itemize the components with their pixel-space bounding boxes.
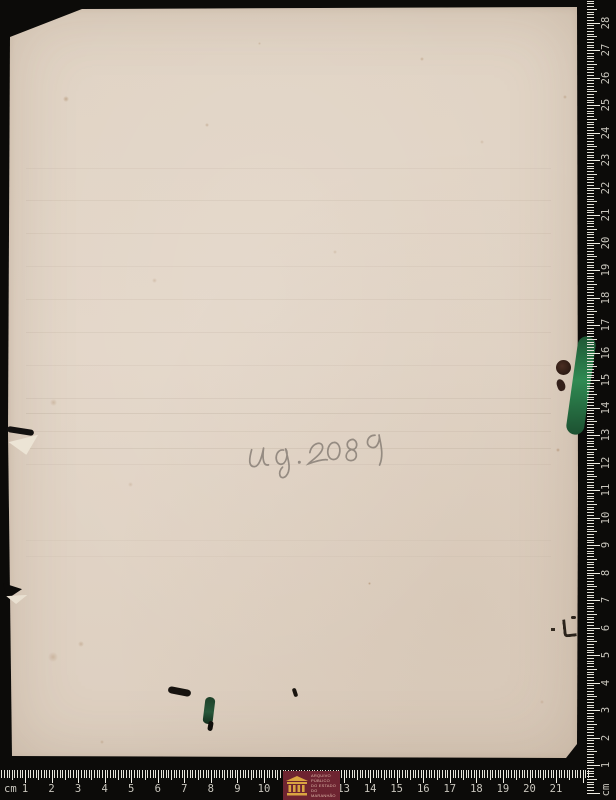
ruler-tick — [587, 322, 594, 323]
ruler-tick — [587, 485, 594, 486]
ruler-tick — [587, 333, 594, 334]
ruler-tick — [1, 770, 2, 778]
ruler-tick — [224, 770, 225, 780]
ruler-tick — [346, 770, 347, 778]
ruler-tick — [587, 705, 594, 706]
ruler-tick — [131, 770, 132, 783]
ruler-tick — [275, 770, 276, 778]
ink-mark-green-stroke-tip — [207, 721, 214, 732]
handwritten-annotation — [236, 416, 409, 495]
ruler-tick — [91, 770, 92, 780]
ruler-tick — [389, 770, 390, 778]
ruler-tick — [587, 146, 597, 147]
vertical-ruler: 1234567891011121314151617181920212223242… — [587, 0, 616, 800]
ruler-tick — [587, 606, 594, 607]
ruler-tick — [587, 402, 594, 403]
ruler-tick — [587, 94, 594, 95]
ruler-tick — [587, 740, 594, 741]
ruler-tick — [587, 309, 594, 310]
ruler-tick — [587, 102, 594, 103]
ruler-tick — [272, 770, 273, 778]
ruler-number-label: 7 — [171, 783, 197, 795]
ruler-tick — [487, 770, 488, 778]
ruler-tick — [587, 446, 594, 447]
ruler-tick — [532, 770, 533, 778]
ruler-tick — [28, 770, 29, 778]
ruler-tick — [587, 548, 594, 549]
ruler-tick — [421, 770, 422, 778]
ruler-tick — [587, 331, 594, 332]
ruler-tick — [587, 295, 594, 296]
ruler-tick — [245, 770, 246, 778]
ruler-tick — [121, 770, 122, 778]
ruler-tick — [418, 770, 419, 778]
ruler-tick — [195, 770, 196, 778]
ruler-tick — [587, 130, 594, 131]
ruler-tick — [551, 770, 552, 778]
ruler-tick — [587, 611, 594, 612]
paper-stain — [480, 140, 484, 144]
ruler-tick — [587, 122, 594, 123]
ink-mark-small-tick — [292, 688, 299, 698]
ruler-tick — [587, 317, 594, 318]
paper-stain — [152, 278, 157, 283]
ruler-tick — [587, 556, 594, 557]
ruler-tick — [463, 770, 464, 780]
ink-mark-dash — [168, 686, 192, 697]
ruler-tick — [44, 770, 45, 778]
ruler-tick — [522, 770, 523, 778]
ruler-tick — [587, 430, 594, 431]
ruler-tick — [587, 608, 594, 609]
ruler-tick — [445, 770, 446, 778]
ruler-tick — [397, 770, 398, 783]
scan-scene: 1234567891011121314151617181920212223242… — [0, 0, 616, 800]
ruler-tick — [587, 749, 594, 750]
ruler-tick — [118, 770, 119, 780]
ruler-tick — [280, 770, 281, 778]
ruler-tick — [587, 757, 594, 758]
ruler-tick — [516, 770, 517, 780]
ruler-tick — [587, 210, 594, 211]
ruler-tick — [161, 770, 162, 778]
ruler-tick — [105, 770, 106, 783]
ruler-tick — [587, 311, 597, 312]
ruler-tick — [587, 229, 597, 230]
ruler-tick — [36, 770, 37, 778]
ruler-tick — [587, 320, 594, 321]
building-icon — [285, 775, 309, 797]
ruler-tick — [431, 770, 432, 778]
ruler-tick — [587, 97, 594, 98]
ruler-tick — [587, 58, 594, 59]
ruler-tick — [587, 34, 594, 35]
ruler-tick — [30, 770, 31, 778]
paper-stain — [420, 57, 424, 61]
ruler-tick — [81, 770, 82, 778]
ruler-number-label: 10 — [251, 783, 277, 795]
ruler-tick — [527, 770, 528, 778]
ruler-tick — [587, 438, 594, 439]
ruler-tick — [155, 770, 156, 778]
ruler-tick — [508, 770, 509, 778]
ruler-number-label: 13 — [599, 424, 613, 446]
ruler-tick — [587, 53, 594, 54]
ruler-tick — [587, 369, 594, 370]
ruler-tick — [587, 597, 594, 598]
ruler-tick — [587, 89, 594, 90]
ruler-tick — [587, 394, 597, 395]
ruler-tick — [587, 762, 594, 763]
bleed-through-line — [26, 168, 551, 169]
ruler-tick — [587, 625, 594, 626]
ruler-tick — [587, 72, 594, 73]
paper-stain — [258, 42, 261, 45]
ruler-tick — [378, 770, 379, 778]
ruler-tick — [587, 743, 594, 744]
ruler-tick — [476, 770, 477, 783]
ruler-tick — [142, 770, 143, 778]
ruler-tick — [102, 770, 103, 778]
ruler-tick — [153, 770, 154, 778]
ruler-tick — [587, 421, 597, 422]
ruler-tick — [423, 770, 424, 783]
ruler-tick — [587, 223, 594, 224]
ruler-tick — [349, 770, 350, 778]
ruler-tick — [587, 589, 594, 590]
ruler-tick — [587, 185, 594, 186]
ruler-tick — [99, 770, 100, 778]
ruler-tick — [587, 174, 597, 175]
ruler-tick — [587, 674, 594, 675]
ruler-tick — [587, 630, 594, 631]
ruler-tick — [587, 303, 594, 304]
ruler-tick — [587, 226, 594, 227]
ruler-number-label: 21 — [599, 204, 613, 226]
ruler-tick — [25, 770, 26, 783]
ruler-number-label: 5 — [599, 644, 613, 666]
ruler-tick — [341, 770, 342, 778]
ruler-tick — [166, 770, 167, 778]
ruler-tick — [442, 770, 443, 778]
ruler-tick — [208, 770, 209, 778]
ruler-tick — [198, 770, 199, 780]
ruler-tick — [182, 770, 183, 778]
ruler-tick — [587, 460, 594, 461]
ruler-tick — [506, 770, 507, 778]
ruler-tick — [587, 383, 594, 384]
ruler-tick — [370, 770, 371, 783]
ruler-tick — [222, 770, 223, 778]
ruler-tick — [587, 64, 597, 65]
ruler-tick — [439, 770, 440, 778]
ruler-tick — [190, 770, 191, 778]
ruler-tick — [259, 770, 260, 778]
ruler-number-label: 15 — [599, 369, 613, 391]
ruler-tick — [577, 770, 578, 778]
ruler-tick — [587, 537, 594, 538]
ruler-tick — [251, 770, 252, 780]
ruler-tick — [227, 770, 228, 778]
paper-stain — [50, 399, 57, 406]
ruler-tick — [587, 124, 594, 125]
ruler-tick — [587, 391, 594, 392]
ruler-tick — [587, 754, 594, 755]
ruler-tick — [41, 770, 42, 778]
ruler-tick — [52, 770, 53, 783]
ruler-tick — [587, 449, 597, 450]
ruler-tick — [587, 292, 594, 293]
ruler-tick — [553, 770, 554, 778]
stamp-text-line: DO MARANHÃO — [311, 788, 338, 798]
ruler-number-label: 6 — [599, 617, 613, 639]
ruler-number-label: 4 — [92, 783, 118, 795]
ruler-tick — [587, 504, 597, 505]
ruler-tick — [587, 344, 594, 345]
ruler-tick — [458, 770, 459, 778]
ruler-number-label: 5 — [118, 783, 144, 795]
ruler-tick — [495, 770, 496, 778]
ruler-tick — [587, 6, 594, 7]
ruler-tick — [587, 680, 594, 681]
ruler-number-label: 14 — [599, 397, 613, 419]
ruler-tick — [216, 770, 217, 778]
ruler-tick — [587, 232, 594, 233]
ruler-tick — [587, 361, 594, 362]
ruler-tick — [587, 366, 597, 367]
ruler-tick — [587, 509, 594, 510]
ruler-tick — [214, 770, 215, 778]
ruler-tick — [70, 770, 71, 778]
ruler-number-label: 9 — [599, 534, 613, 556]
ruler-tick — [587, 427, 594, 428]
ruler-tick — [587, 116, 594, 117]
ruler-tick — [587, 586, 597, 587]
ruler-tick — [587, 248, 594, 249]
ruler-tick — [203, 770, 204, 778]
ruler-tick — [587, 100, 594, 101]
ruler-tick — [587, 1, 594, 2]
ruler-tick — [76, 770, 77, 778]
ruler-tick — [354, 770, 355, 778]
ruler-tick — [587, 512, 594, 513]
ruler-tick — [587, 562, 594, 563]
ruler-tick — [587, 416, 594, 417]
ruler-tick — [587, 141, 594, 142]
ruler-tick — [587, 196, 594, 197]
ruler-number-label: 6 — [145, 783, 171, 795]
ruler-tick — [192, 770, 193, 778]
ruler-tick — [587, 419, 594, 420]
ruler-tick — [587, 39, 594, 40]
paper-stain — [333, 250, 337, 254]
ruler-tick — [559, 770, 560, 778]
ruler-tick — [587, 413, 594, 414]
ruler-tick — [14, 770, 15, 778]
ruler-tick — [587, 182, 594, 183]
ruler-tick — [68, 770, 69, 778]
ruler-tick — [587, 328, 594, 329]
ruler-tick — [587, 746, 594, 747]
ruler-tick — [168, 770, 169, 778]
ruler-tick — [587, 501, 594, 502]
ruler-tick — [587, 397, 594, 398]
pen-mark-bracket-hook — [571, 616, 576, 619]
ruler-tick — [587, 289, 594, 290]
ruler-tick — [575, 770, 576, 778]
ruler-tick — [587, 83, 594, 84]
bleed-through-line — [26, 266, 551, 267]
ruler-tick — [123, 770, 124, 778]
ruler-number-label: 8 — [198, 783, 224, 795]
ruler-tick — [587, 603, 594, 604]
ruler-tick — [60, 770, 61, 778]
ruler-tick — [587, 443, 594, 444]
ruler-tick — [587, 716, 594, 717]
ruler-tick — [587, 526, 594, 527]
ruler-tick — [548, 770, 549, 778]
ruler-tick — [65, 770, 66, 780]
ruler-tick — [587, 204, 594, 205]
ruler-tick — [237, 770, 238, 783]
ruler-tick — [587, 240, 594, 241]
bleed-through-line — [26, 233, 551, 234]
bleed-through-line — [26, 398, 551, 399]
ruler-tick — [129, 770, 130, 778]
ruler-number-label: 15 — [384, 783, 410, 795]
ruler-number-label: 17 — [437, 783, 463, 795]
ruler-tick — [235, 770, 236, 778]
ruler-tick — [587, 677, 594, 678]
ruler-tick — [587, 262, 594, 263]
ruler-tick — [171, 770, 172, 780]
ruler-tick — [587, 155, 594, 156]
ruler-tick — [587, 515, 594, 516]
ruler-tick — [261, 770, 262, 778]
ruler-tick — [587, 47, 594, 48]
ruler-tick — [587, 531, 597, 532]
ruler-tick — [587, 273, 594, 274]
ruler-tick — [399, 770, 400, 778]
ruler-tick — [587, 251, 594, 252]
ruler-tick — [587, 149, 594, 150]
ruler-tick — [587, 707, 594, 708]
ruler-tick — [174, 770, 175, 778]
ruler-tick — [376, 770, 377, 778]
ruler-tick — [587, 144, 594, 145]
ruler-tick — [587, 694, 594, 695]
ink-blot-small — [555, 378, 566, 392]
ruler-tick — [587, 28, 594, 29]
ruler-number-label: 27 — [599, 39, 613, 61]
ruler-tick — [587, 666, 594, 667]
ruler-tick — [587, 168, 594, 169]
ruler-tick — [211, 770, 212, 783]
ruler-number-label: 20 — [517, 783, 543, 795]
ruler-tick — [587, 278, 594, 279]
ruler-tick — [587, 339, 597, 340]
ruler-number-label: 20 — [599, 232, 613, 254]
ruler-number-label: 17 — [599, 314, 613, 336]
ruler-tick — [587, 281, 594, 282]
paper-stain — [100, 740, 104, 744]
ruler-tick — [587, 3, 594, 4]
ruler-tick — [587, 732, 594, 733]
ruler-tick — [150, 770, 151, 778]
ruler-tick — [253, 770, 254, 778]
ruler-tick — [110, 770, 111, 778]
ruler-number-label: 10 — [599, 507, 613, 529]
ruler-tick — [587, 9, 597, 10]
ruler-tick — [587, 375, 594, 376]
ruler-tick — [587, 135, 594, 136]
ruler-tick — [587, 166, 594, 167]
document-page — [8, 7, 578, 759]
ruler-tick — [176, 770, 177, 778]
ruler-tick — [587, 80, 594, 81]
ruler-tick — [587, 751, 597, 752]
ruler-tick — [587, 284, 597, 285]
ruler-tick — [587, 647, 594, 648]
ruler-tick — [407, 770, 408, 778]
ruler-tick — [256, 770, 257, 778]
ruler-number-label: 24 — [599, 122, 613, 144]
ruler-tick — [587, 691, 594, 692]
ruler-tick — [277, 770, 278, 780]
ruler-tick — [137, 770, 138, 778]
ruler-tick — [587, 190, 594, 191]
ruler-tick — [206, 770, 207, 778]
ruler-number-label: 4 — [599, 672, 613, 694]
ruler-tick — [344, 770, 345, 783]
ruler-tick — [352, 770, 353, 778]
ruler-tick — [587, 410, 594, 411]
ruler-tick — [243, 770, 244, 778]
ruler-tick — [567, 770, 568, 778]
ruler-tick — [587, 12, 594, 13]
ruler-tick — [535, 770, 536, 778]
ruler-tick — [587, 347, 594, 348]
ruler-tick — [587, 672, 594, 673]
ruler-tick — [267, 770, 268, 778]
bleed-through-line — [26, 299, 551, 300]
ruler-tick — [587, 342, 594, 343]
ruler-tick — [524, 770, 525, 778]
ruler-tick — [530, 770, 531, 783]
ruler-tick — [587, 702, 594, 703]
ruler-tick — [587, 592, 594, 593]
ruler-tick — [587, 259, 594, 260]
ruler-tick — [97, 770, 98, 778]
ruler-tick — [587, 237, 594, 238]
ruler-tick — [587, 267, 594, 268]
ruler-tick — [381, 770, 382, 778]
ruler-tick — [78, 770, 79, 783]
ruler-tick — [17, 770, 18, 778]
ruler-tick — [587, 86, 594, 87]
ruler-tick — [587, 498, 594, 499]
ruler-tick — [587, 245, 594, 246]
ruler-tick — [572, 770, 573, 778]
ruler-tick — [587, 619, 594, 620]
ruler-tick — [587, 661, 594, 662]
pen-mark-dot — [551, 628, 555, 631]
ruler-tick — [511, 770, 512, 778]
ruler-tick — [587, 157, 594, 158]
ruler-tick — [587, 218, 594, 219]
ruler-tick — [587, 287, 594, 288]
ruler-number-label: 2 — [39, 783, 65, 795]
